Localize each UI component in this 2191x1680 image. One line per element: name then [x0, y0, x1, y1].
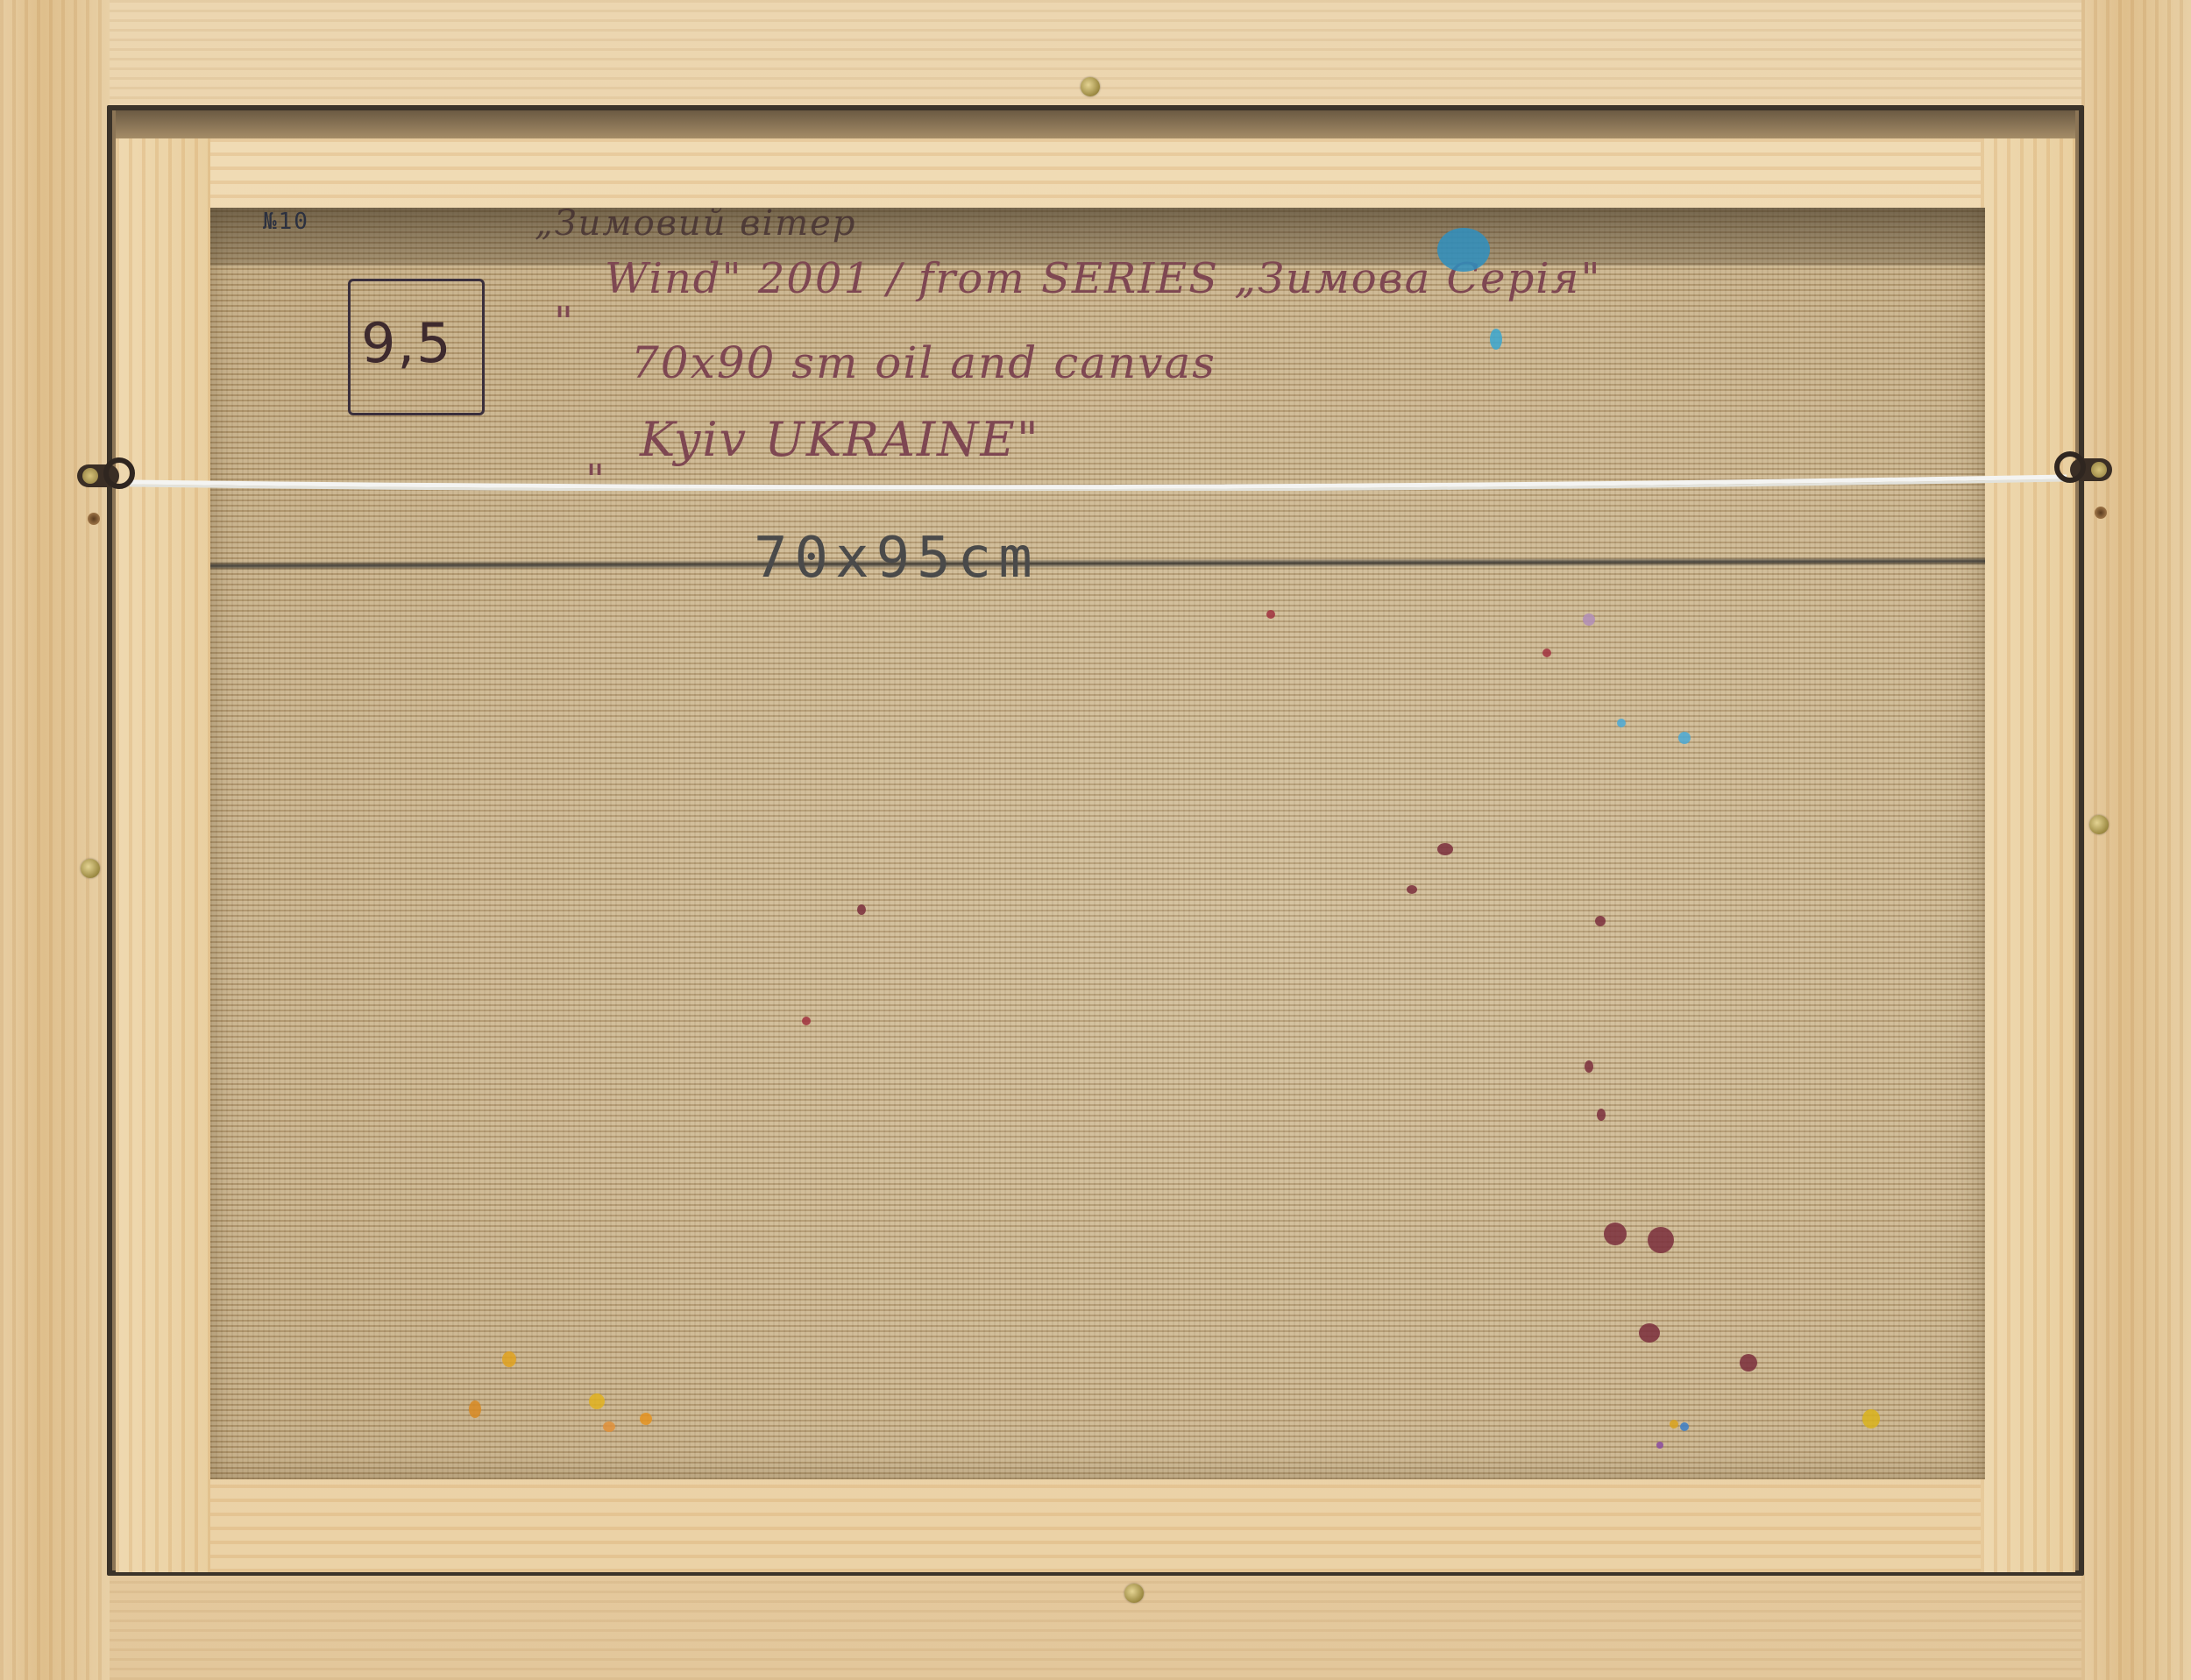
paint-spot	[1639, 1323, 1660, 1343]
paint-spot	[1595, 916, 1606, 926]
paint-spot	[1597, 1109, 1606, 1121]
paint-spot	[1862, 1409, 1880, 1428]
paint-spot	[469, 1400, 481, 1418]
paint-spot	[857, 904, 866, 915]
inscription-location: Kyiv UKRAINE"	[640, 412, 1040, 467]
hanging-wire	[130, 473, 2067, 491]
left-screw-hole	[88, 513, 100, 525]
paint-spot	[640, 1413, 652, 1425]
paint-spot	[1437, 843, 1453, 855]
bottom-frame-screw	[1124, 1584, 1144, 1603]
paint-spot	[1266, 610, 1275, 619]
outer-frame-right-rail	[2081, 0, 2191, 1680]
screw-icon	[2091, 462, 2107, 478]
paint-spot	[1542, 649, 1551, 657]
paint-spot	[502, 1351, 516, 1367]
paint-spot	[589, 1393, 605, 1409]
paint-spot	[1656, 1442, 1663, 1449]
outer-frame-left-rail	[0, 0, 110, 1680]
hidden-title-line: „Зимовий вітер	[535, 203, 856, 244]
quote-mark: "	[554, 298, 575, 347]
paint-spot	[603, 1421, 615, 1432]
paint-spot	[1680, 1422, 1689, 1431]
left-d-ring-hanger	[77, 464, 119, 487]
paint-spot	[1678, 732, 1691, 744]
paint-spot	[802, 1017, 811, 1025]
d-ring-icon	[103, 457, 135, 489]
paint-spot	[1617, 719, 1626, 727]
paint-spot	[1585, 1060, 1593, 1073]
screw-icon	[82, 468, 98, 484]
inscription-size-medium: 70x90 sm oil and canvas	[631, 337, 1216, 388]
paint-spot	[1437, 228, 1490, 272]
right-d-ring-hanger	[2070, 458, 2112, 481]
paint-spot	[1670, 1420, 1678, 1428]
stretcher-top-shadow	[116, 110, 2075, 138]
paint-spot	[1407, 885, 1417, 894]
paint-spot	[1740, 1354, 1757, 1372]
right-frame-screw	[2089, 815, 2109, 834]
paint-spot	[1583, 613, 1595, 626]
pencil-size-note: 70x95cm	[754, 526, 1039, 591]
top-frame-screw	[1081, 77, 1100, 96]
stretcher-left-bar	[116, 138, 210, 1572]
paint-spot	[1648, 1227, 1674, 1253]
left-frame-screw	[81, 859, 100, 878]
stretcher-right-bar	[1981, 138, 2075, 1572]
catalog-number: №10	[263, 209, 309, 235]
boxed-value: 9,5	[361, 311, 453, 375]
paint-spot	[1490, 329, 1502, 350]
d-ring-icon	[2054, 451, 2086, 483]
paint-spot	[1604, 1223, 1627, 1245]
right-screw-hole	[2095, 507, 2107, 519]
